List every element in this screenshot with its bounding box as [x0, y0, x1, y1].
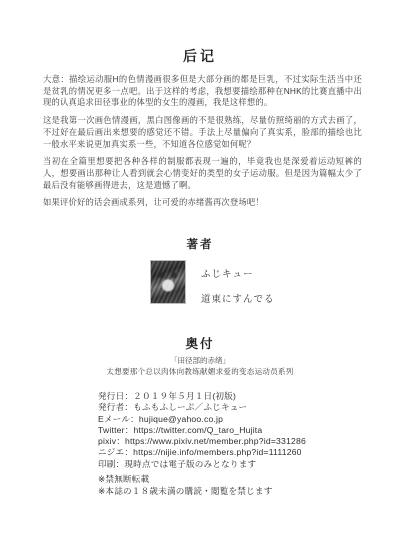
- afterword-paragraph: 当初在全篇里想要把各种各样的制服都表现一遍的，毕竟我也是深爱着运动短裤的人，想要…: [43, 156, 362, 191]
- note-age-restriction: ※本誌の１８歳未満の購読・閲覧を禁じます: [98, 486, 272, 498]
- email-line: Eメール：hujique@yahoo.co.jp: [98, 414, 306, 425]
- note-no-reprint: ※禁無断転載: [98, 474, 272, 486]
- afterword-paragraph: 这是我第一次画色情漫画，黑白图像画的不是很熟练，尽量仿照绮丽的方式去画了，不过好…: [43, 115, 362, 150]
- work-title: 「田径部的赤绪」: [0, 355, 400, 366]
- author-texts: ふじキュー 道東にすんでる: [201, 260, 275, 305]
- afterword-body: 大意：描绘运动服H的色情漫画很多但是大部分画的都是巨乳，不过实际生活当中还是贫乳…: [43, 74, 362, 215]
- print-line: 印刷：現時点では電子版のみとなります: [98, 459, 306, 470]
- twitter-line: Twitter：https://twitter.com/Q_taro_Hujit…: [98, 425, 306, 436]
- afterword-title: 后记: [0, 46, 400, 66]
- author-avatar: [150, 260, 186, 304]
- nijie-line: ニジエ：https://nijie.info/members.php?id=11…: [98, 447, 306, 458]
- pixiv-line: pixiv：https://www.pixiv.net/member.php?i…: [98, 436, 306, 447]
- afterword-paragraph: 如果评价好的话会画成系列，让可爱的赤绪酱再次登场吧！: [43, 197, 362, 209]
- author-section-heading: 著者: [0, 236, 400, 252]
- work-subtitle: 太想要那个总以肉体向教练献媚求爱的变态运动员系列: [0, 366, 400, 377]
- publish-date-line: 発行日：２０１９年５月１日(初版): [98, 391, 306, 402]
- afterword-paragraph: 大意：描绘运动服H的色情漫画很多但是大部分画的都是巨乳，不过实际生活当中还是贫乳…: [43, 74, 362, 109]
- colophon-heading: 奥付: [0, 334, 400, 352]
- author-location: 道東にすんでる: [201, 291, 275, 305]
- author-block: ふじキュー 道東にすんでる: [150, 260, 275, 305]
- publisher-line: 発行者：もふもふしーぷ／ふじキュー: [98, 402, 306, 413]
- colophon-details: 発行日：２０１９年５月１日(初版) 発行者：もふもふしーぷ／ふじキュー Eメール…: [98, 391, 306, 470]
- scanned-afterword-page: 后记 大意：描绘运动服H的色情漫画很多但是大部分画的都是巨乳，不过实际生活当中还…: [0, 0, 400, 556]
- author-name: ふじキュー: [201, 266, 275, 280]
- colophon-notes: ※禁無断転載 ※本誌の１８歳未満の購読・閲覧を禁じます: [98, 474, 272, 497]
